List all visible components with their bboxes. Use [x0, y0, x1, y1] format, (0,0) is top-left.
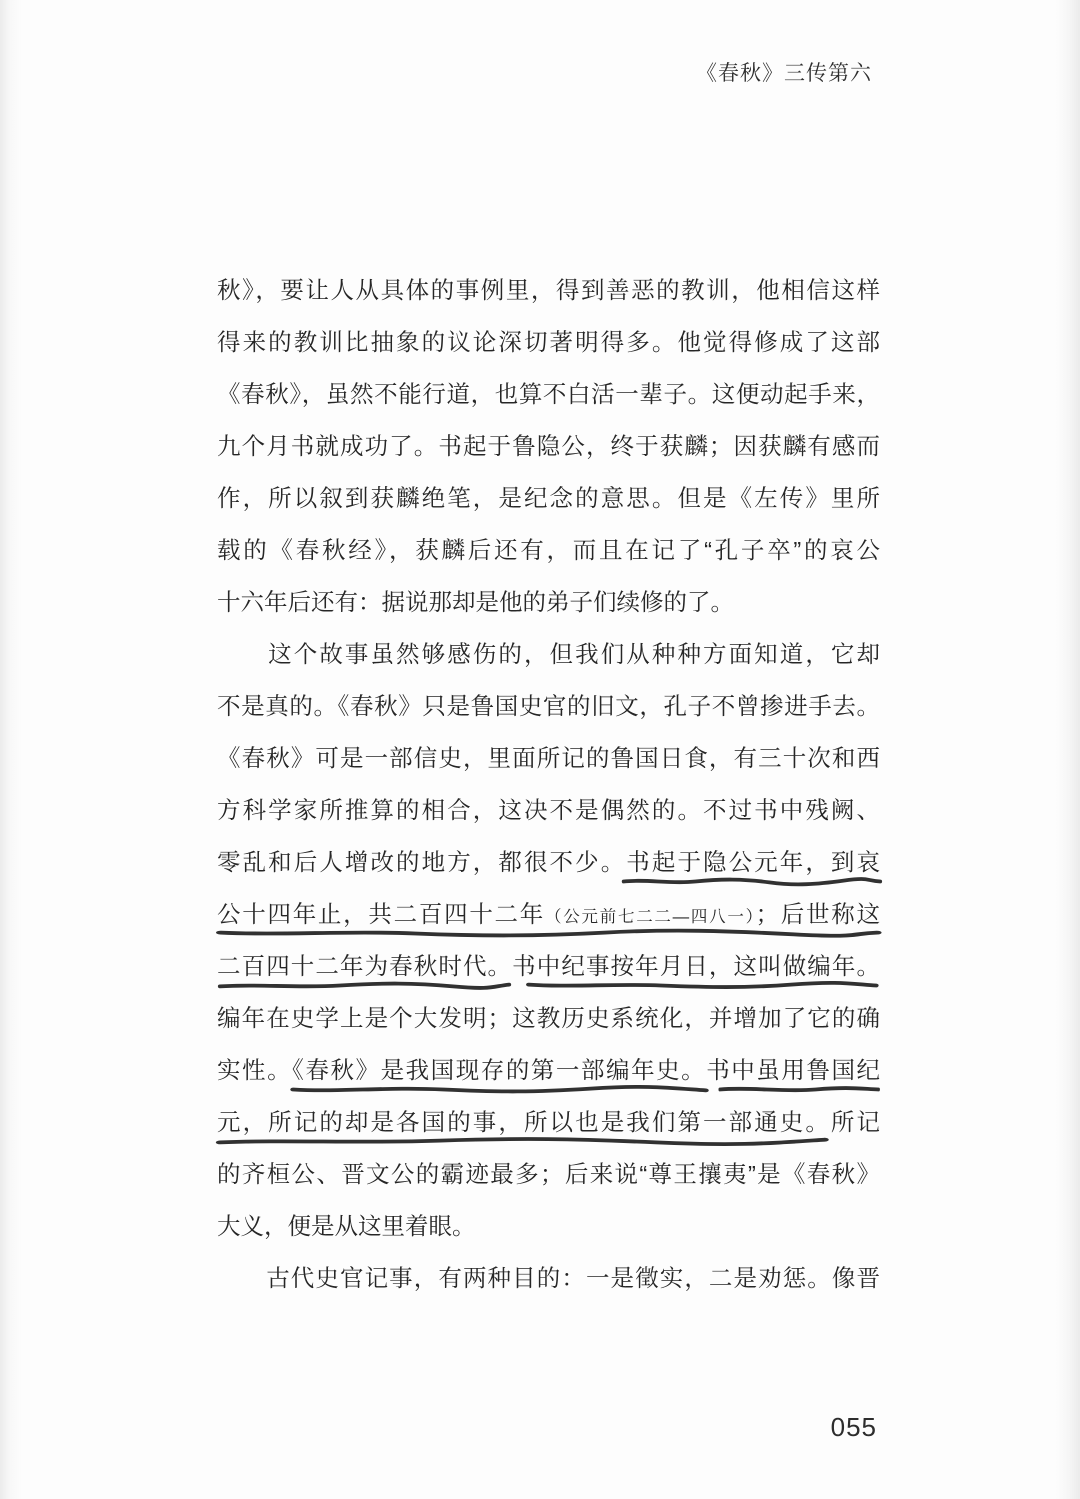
hand-underline — [621, 877, 883, 886]
text-line: 《春秋》可是一部信史，里面所记的鲁国日食，有三十次和西 — [217, 732, 880, 784]
line-text: 方科学家所推算的相合，这决不是偶然的。不过书中残阙、 — [217, 797, 880, 823]
line-text: 十六年后还有：据说那却是他的弟子们续修的了。 — [217, 589, 734, 615]
body-text: 秋》，要让人从具体的事例里，得到善恶的教训，他相信这样 得来的教训比抽象的议论深… — [217, 264, 880, 1304]
line-text: 这个故事虽然够感伤的，但我们从种种方面知道，它却 — [217, 641, 880, 667]
line-text: 得来的教训比抽象的议论深切著明得多。他觉得修成了这部 — [217, 329, 880, 355]
text-line: 二百四十二年为春秋时代。书中纪事按年月日，这叫做编年。 — [217, 940, 880, 992]
text-line: 九个月书就成功了。书起于鲁隐公，终于获麟；因获麟有感而 — [217, 420, 880, 472]
text-line: 得来的教训比抽象的议论深切著明得多。他觉得修成了这部 — [217, 316, 880, 368]
text-line-paragraph-start: 这个故事虽然够感伤的，但我们从种种方面知道，它却 — [217, 628, 880, 680]
hand-underline — [289, 1085, 710, 1094]
line-text: 元，所记的却是各国的事，所以也是我们第一部通史。所记 — [217, 1109, 880, 1135]
line-text: 作，所以叙到获麟绝笔，是纪念的意思。但是《左传》里所 — [217, 485, 880, 511]
page-number: 055 — [217, 1412, 877, 1443]
hand-underline — [525, 981, 880, 990]
text-line: 《春秋》，虽然不能行道，也算不白活一辈子。这便动起手来， — [217, 368, 880, 420]
text-line: 载的《春秋经》，获麟后还有，而且在记了“孔子卒”的哀公 — [217, 524, 880, 576]
text-line: 的齐桓公、晋文公的霸迹最多；后来说“尊王攘夷”是《春秋》 — [217, 1148, 880, 1200]
chapter-title: 《春秋》三传第六 — [696, 62, 872, 85]
line-text: 秋》，要让人从具体的事例里，得到善恶的教训，他相信这样 — [217, 277, 880, 303]
hand-underline — [718, 1085, 880, 1094]
hand-underline — [214, 929, 884, 938]
text-line: 实性。《春秋》是我国现存的第一部编年史。书中虽用鲁国纪 — [217, 1044, 880, 1096]
text-line-paragraph-start: 古代史官记事，有两种目的：一是徵实，二是劝惩。像晋 — [217, 1252, 880, 1304]
book-page-scan: 《春秋》三传第六 秋》，要让人从具体的事例里，得到善恶的教训，他相信这样 得来的… — [0, 0, 1080, 1499]
hand-underline — [214, 1137, 831, 1146]
text-line-paragraph-end: 大义，便是从这里着眼。 — [217, 1200, 880, 1252]
line-text: 不是真的。《春秋》只是鲁国史官的旧文，孔子不曾掺进手去。 — [217, 693, 880, 719]
line-text-small-parenthetical: （公元前七二二—四八一） — [545, 908, 756, 926]
text-line: 秋》，要让人从具体的事例里，得到善恶的教训，他相信这样 — [217, 264, 880, 316]
line-text: ；后世称这 — [756, 901, 880, 927]
line-text: 的齐桓公、晋文公的霸迹最多；后来说“尊王攘夷”是《春秋》 — [217, 1161, 880, 1187]
line-text: 编年在史学上是个大发明；这教历史系统化，并增加了它的确 — [217, 1005, 880, 1031]
hand-underline — [217, 981, 512, 990]
line-text: 古代史官记事，有两种目的：一是徵实，二是劝惩。像晋 — [217, 1265, 880, 1291]
line-text: 载的《春秋经》，获麟后还有，而且在记了“孔子卒”的哀公 — [217, 537, 880, 563]
line-text: 实性。《春秋》是我国现存的第一部编年史。书中虽用鲁国纪 — [217, 1057, 880, 1083]
running-head: 《春秋》三传第六 — [217, 57, 872, 87]
text-line: 零乱和后人增改的地方，都很不少。书起于隐公元年，到哀 — [217, 836, 880, 888]
text-line: 方科学家所推算的相合，这决不是偶然的。不过书中残阙、 — [217, 784, 880, 836]
line-text: 二百四十二年为春秋时代。书中纪事按年月日，这叫做编年。 — [217, 953, 880, 979]
text-line: 编年在史学上是个大发明；这教历史系统化，并增加了它的确 — [217, 992, 880, 1044]
text-line-paragraph-end: 十六年后还有：据说那却是他的弟子们续修的了。 — [217, 576, 880, 628]
line-text: 《春秋》，虽然不能行道，也算不白活一辈子。这便动起手来， — [217, 381, 880, 407]
line-text: 公十四年止，共二百四十二年 — [217, 901, 545, 927]
line-text: 《春秋》可是一部信史，里面所记的鲁国日食，有三十次和西 — [217, 745, 880, 771]
text-line: 公十四年止，共二百四十二年（公元前七二二—四八一）；后世称这 — [217, 888, 880, 940]
line-text: 九个月书就成功了。书起于鲁隐公，终于获麟；因获麟有感而 — [217, 433, 880, 459]
text-line: 不是真的。《春秋》只是鲁国史官的旧文，孔子不曾掺进手去。 — [217, 680, 880, 732]
line-text: 零乱和后人增改的地方，都很不少。书起于隐公元年，到哀 — [217, 849, 880, 875]
text-line: 元，所记的却是各国的事，所以也是我们第一部通史。所记 — [217, 1096, 880, 1148]
line-text: 大义，便是从这里着眼。 — [217, 1213, 476, 1239]
text-line: 作，所以叙到获麟绝笔，是纪念的意思。但是《左传》里所 — [217, 472, 880, 524]
